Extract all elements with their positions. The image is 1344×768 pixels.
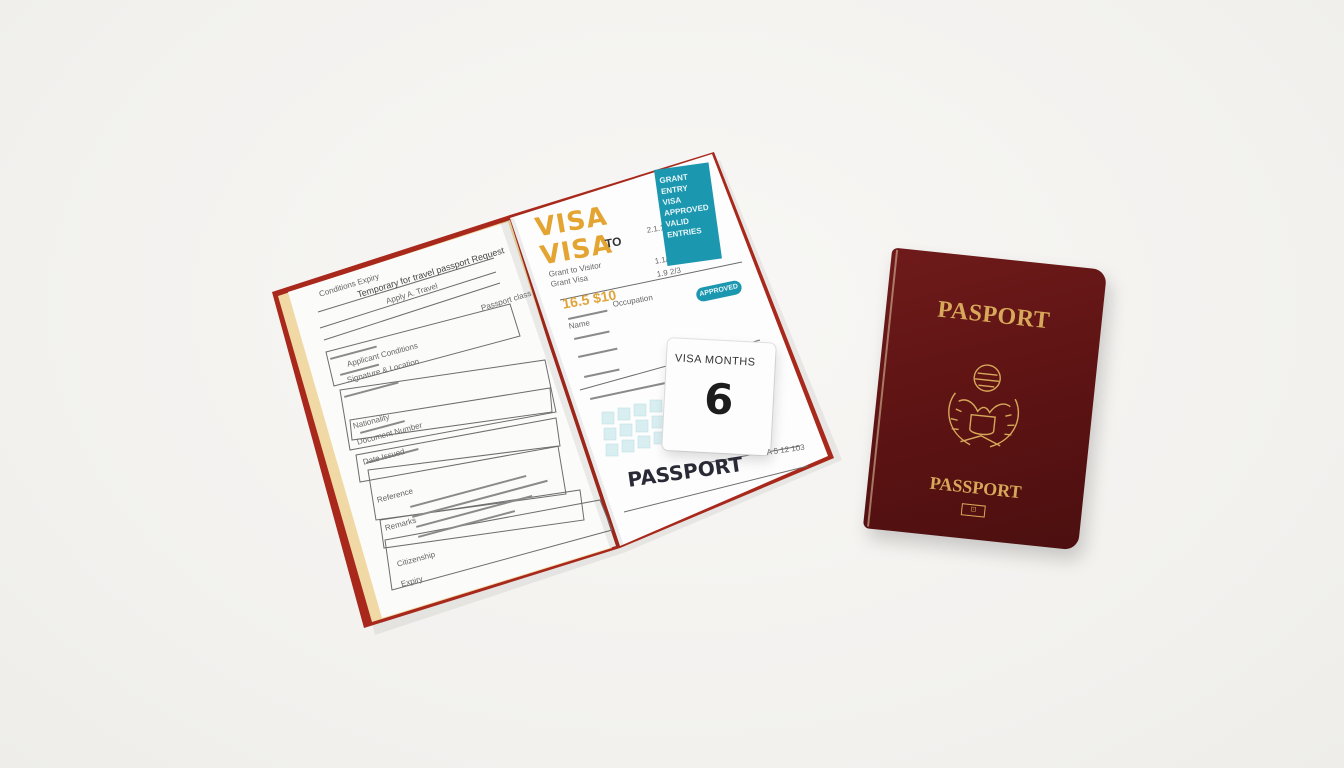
open-passport-booklet: VISA VISA TO Grant to Visitor Grant Visa…: [0, 0, 1344, 768]
biometric-chip-icon: ⊡: [961, 503, 986, 517]
calendar-title: VISA MONTHS: [675, 352, 756, 368]
eagle-seal-icon: [929, 351, 1039, 461]
visa-to-label: TO: [604, 234, 623, 251]
calendar-number: 6: [664, 372, 774, 427]
closed-passport: PASPORT PASSPORT ⊡: [863, 247, 1107, 550]
calendar-card: VISA MONTHS 6: [662, 338, 776, 455]
passport-cover-subtitle: PASSPORT: [867, 466, 1084, 509]
passport-cover-title: PASPORT: [885, 291, 1103, 340]
